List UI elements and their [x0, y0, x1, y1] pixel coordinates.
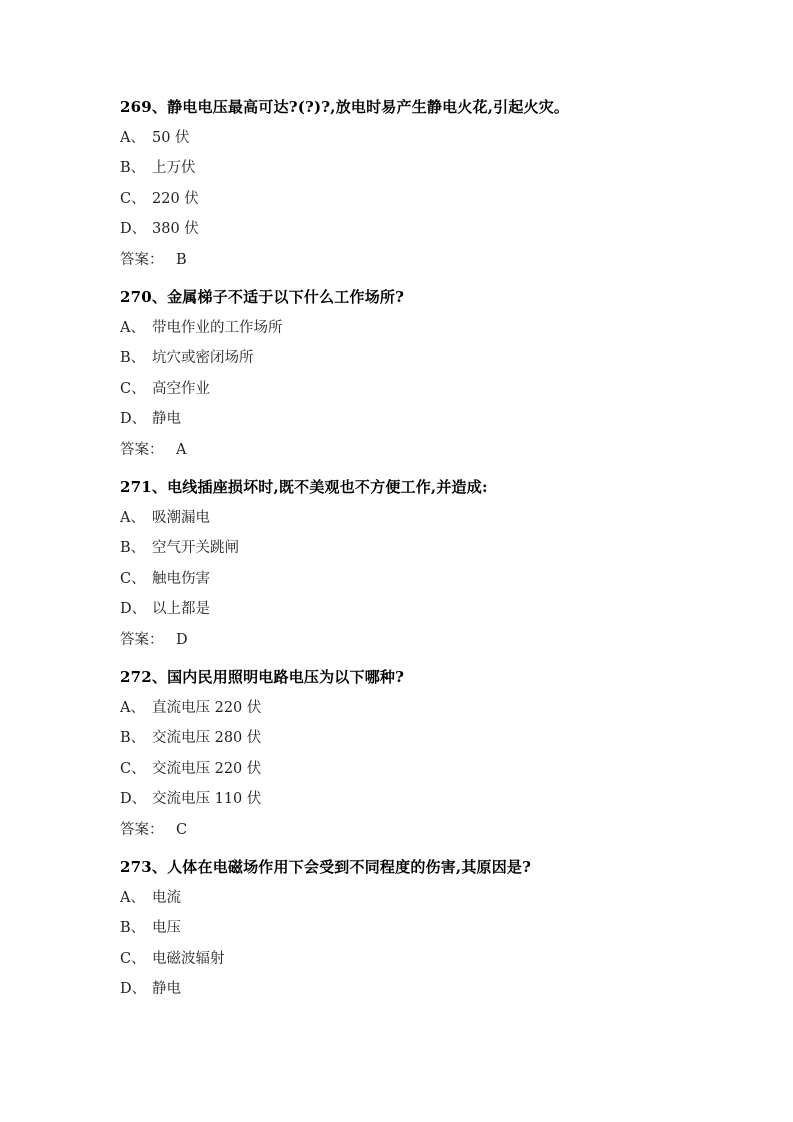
option-b: B、上万伏 — [120, 157, 720, 188]
answer-label: 答案： — [120, 629, 176, 651]
option-letter: D、 — [120, 408, 152, 430]
option-d: D、交流电压 110 伏 — [120, 788, 720, 819]
option-c: C、高空作业 — [120, 378, 720, 409]
answer-value: B — [176, 252, 187, 268]
option-text: 上万伏 — [152, 160, 196, 176]
option-letter: B、 — [120, 347, 152, 369]
option-c: C、交流电压 220 伏 — [120, 758, 720, 789]
option-letter: D、 — [120, 788, 152, 810]
option-d: D、静电 — [120, 408, 720, 439]
answer-value: C — [176, 822, 187, 838]
option-letter: A、 — [120, 507, 152, 529]
option-letter: A、 — [120, 317, 152, 339]
question-text: 273、人体在电磁场作用下会受到不同程度的伤害,其原因是? — [120, 856, 720, 887]
option-c: C、电磁波辐射 — [120, 948, 720, 979]
answer-label: 答案： — [120, 819, 176, 841]
option-letter: C、 — [120, 948, 152, 970]
answer-label: 答案： — [120, 439, 176, 461]
option-text: 触电伤害 — [152, 571, 210, 587]
option-text: 静电 — [152, 981, 181, 997]
question-block-271: 271、电线插座损坏时,既不美观也不方便工作,并造成: A、吸潮漏电 B、空气开… — [120, 476, 720, 660]
option-c: C、220 伏 — [120, 188, 720, 219]
option-letter: A、 — [120, 127, 152, 149]
option-letter: C、 — [120, 568, 152, 590]
question-text: 272、国内民用照明电路电压为以下哪种? — [120, 666, 720, 697]
option-letter: C、 — [120, 758, 152, 780]
option-letter: A、 — [120, 697, 152, 719]
option-c: C、触电伤害 — [120, 568, 720, 599]
option-text: 以上都是 — [152, 601, 210, 617]
option-letter: C、 — [120, 188, 152, 210]
option-letter: B、 — [120, 537, 152, 559]
option-d: D、静电 — [120, 978, 720, 1009]
option-a: A、电流 — [120, 887, 720, 918]
option-text: 坑穴或密闭场所 — [152, 350, 254, 366]
option-a: A、50 伏 — [120, 127, 720, 158]
question-text: 269、静电电压最高可达?(?)?,放电时易产生静电火花,引起火灾。 — [120, 96, 720, 127]
answer-line: 答案：A — [120, 439, 720, 470]
answer-line: 答案：B — [120, 249, 720, 280]
option-letter: C、 — [120, 378, 152, 400]
answer-line: 答案：C — [120, 819, 720, 850]
option-a: A、带电作业的工作场所 — [120, 317, 720, 348]
option-letter: B、 — [120, 157, 152, 179]
option-a: A、吸潮漏电 — [120, 507, 720, 538]
option-a: A、直流电压 220 伏 — [120, 697, 720, 728]
option-letter: B、 — [120, 727, 152, 749]
option-text: 220 伏 — [152, 191, 199, 207]
option-text: 交流电压 220 伏 — [152, 761, 261, 777]
option-text: 电压 — [152, 920, 181, 936]
option-text: 静电 — [152, 411, 181, 427]
document-page: 269、静电电压最高可达?(?)?,放电时易产生静电火花,引起火灾。 A、50 … — [0, 0, 793, 1122]
option-text: 380 伏 — [152, 221, 199, 237]
option-text: 直流电压 220 伏 — [152, 700, 261, 716]
question-block-269: 269、静电电压最高可达?(?)?,放电时易产生静电火花,引起火灾。 A、50 … — [120, 96, 720, 280]
option-letter: B、 — [120, 917, 152, 939]
option-text: 电流 — [152, 890, 181, 906]
option-text: 交流电压 280 伏 — [152, 730, 261, 746]
option-letter: A、 — [120, 887, 152, 909]
option-b: B、空气开关跳闸 — [120, 537, 720, 568]
option-d: D、380 伏 — [120, 218, 720, 249]
answer-line: 答案：D — [120, 629, 720, 660]
option-d: D、以上都是 — [120, 598, 720, 629]
option-text: 电磁波辐射 — [152, 951, 225, 967]
option-b: B、坑穴或密闭场所 — [120, 347, 720, 378]
question-text: 271、电线插座损坏时,既不美观也不方便工作,并造成: — [120, 476, 720, 507]
option-letter: D、 — [120, 978, 152, 1000]
option-letter: D、 — [120, 598, 152, 620]
option-text: 50 伏 — [152, 130, 190, 146]
question-block-272: 272、国内民用照明电路电压为以下哪种? A、直流电压 220 伏 B、交流电压… — [120, 666, 720, 850]
option-b: B、交流电压 280 伏 — [120, 727, 720, 758]
option-letter: D、 — [120, 218, 152, 240]
option-text: 空气开关跳闸 — [152, 540, 239, 556]
option-b: B、电压 — [120, 917, 720, 948]
option-text: 高空作业 — [152, 381, 210, 397]
answer-label: 答案： — [120, 249, 176, 271]
option-text: 吸潮漏电 — [152, 510, 210, 526]
question-text: 270、金属梯子不适于以下什么工作场所? — [120, 286, 720, 317]
answer-value: D — [176, 632, 188, 648]
option-text: 带电作业的工作场所 — [152, 320, 283, 336]
question-block-273: 273、人体在电磁场作用下会受到不同程度的伤害,其原因是? A、电流 B、电压 … — [120, 856, 720, 1009]
option-text: 交流电压 110 伏 — [152, 791, 261, 807]
answer-value: A — [176, 442, 186, 458]
question-block-270: 270、金属梯子不适于以下什么工作场所? A、带电作业的工作场所 B、坑穴或密闭… — [120, 286, 720, 470]
